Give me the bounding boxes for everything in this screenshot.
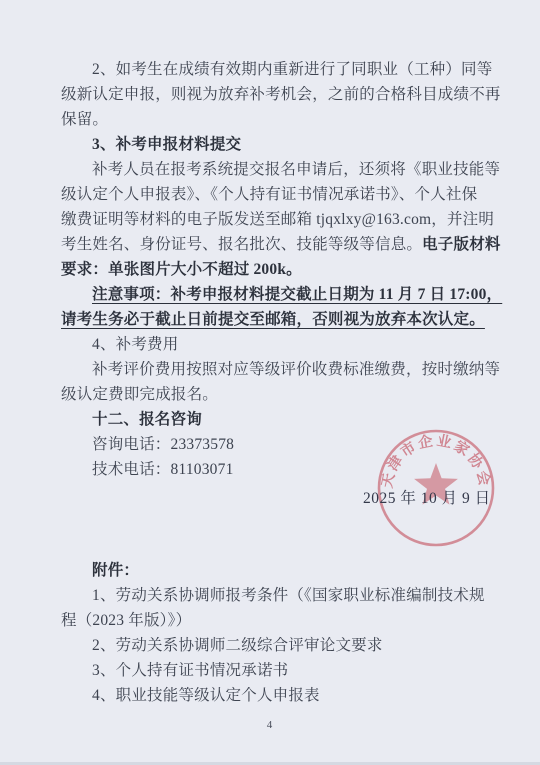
- paragraph-line-email: 缴费证明等材料的电子版发送至邮箱 tjqxlxy@163.com，并注明: [61, 207, 497, 232]
- line-normal-part: 考生姓名、身份证号、报名批次、技能等级等信息。: [61, 236, 422, 253]
- line-bold-part: 电子版材料: [422, 236, 501, 253]
- section-heading-materials: 3、补考申报材料提交: [61, 132, 497, 157]
- paragraph-line: 补考人员在报考系统提交报名申请后，还须将《职业技能等: [61, 157, 497, 182]
- paragraph-line: 2、如考生在成绩有效期内重新进行了同职业（工种）同等: [61, 57, 497, 82]
- attachment-item: 3、个人持有证书情况承诺书: [61, 658, 497, 683]
- paragraph-line: 级新认定申报，则视为放弃补考机会，之前的合格科目成绩不再: [61, 82, 497, 107]
- attachment-item: 1、劳动关系协调师报考条件（《国家职业标准编制技术规: [61, 583, 497, 608]
- paragraph-line-bold: 要求：单张图片大小不超过 200k。: [61, 257, 497, 282]
- paragraph-line: 补考评价费用按照对应等级评价收费标准缴费，按时缴纳等: [61, 357, 497, 382]
- attachment-item: 4、职业技能等级认定个人申报表: [61, 683, 497, 708]
- attachment-item-wrap: 程（2023 年版）》）: [61, 608, 497, 633]
- page-number: 4: [0, 719, 540, 731]
- attachment-item: 2、劳动关系协调师二级综合评审论文要求: [61, 633, 497, 658]
- notice-line: 请考生务必于截止日前提交至邮箱，否则视为放弃本次认定。: [61, 307, 497, 332]
- issue-date: 2025 年 10 月 9 日: [363, 486, 491, 511]
- notice-line: 注意事项：补考申报材料提交截止日期为 11 月 7 日 17:00，: [61, 282, 497, 307]
- paragraph-line: 级认定费即完成报名。: [61, 382, 497, 407]
- attachments-section: 附件： 1、劳动关系协调师报考条件（《国家职业标准编制技术规 程（2023 年版…: [61, 558, 497, 708]
- paragraph-line: 级认定个人申报表》、《个人持有证书情况承诺书》、个人社保: [61, 182, 497, 207]
- paragraph-line: 保留。: [61, 107, 497, 132]
- document-body: 2、如考生在成绩有效期内重新进行了同职业（工种）同等 级新认定申报，则视为放弃补…: [61, 57, 497, 482]
- attachments-heading: 附件：: [61, 558, 497, 583]
- paragraph-line: 考生姓名、身份证号、报名批次、技能等级等信息。电子版材料: [61, 232, 497, 257]
- section-heading-fee: 4、补考费用: [61, 332, 497, 357]
